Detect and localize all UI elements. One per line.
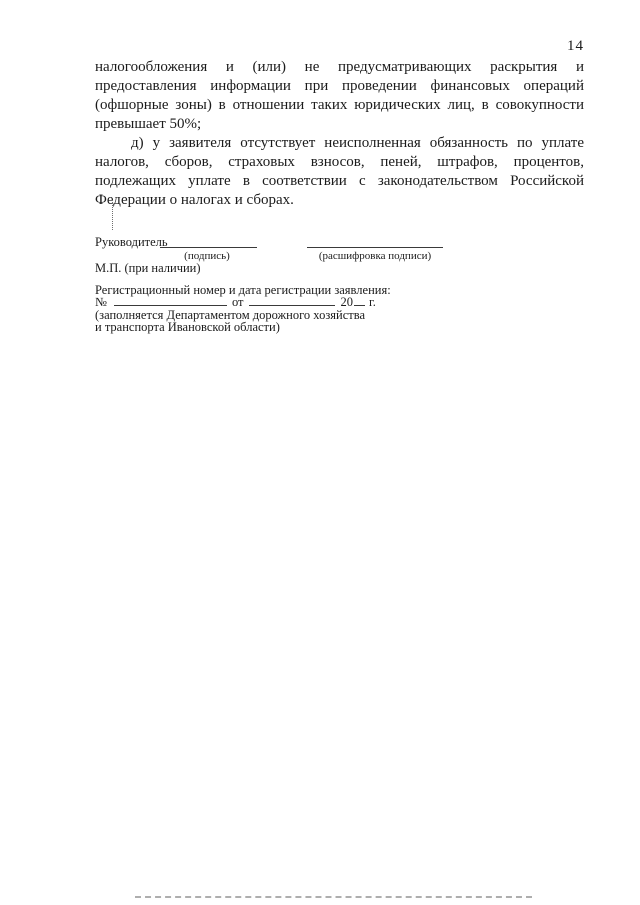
page-number: 14 bbox=[540, 38, 584, 55]
signature-transcript-blank-line bbox=[307, 247, 443, 248]
text-line: превышает 50%; bbox=[95, 115, 584, 134]
text-line: налогообложения и (или) не предусматрива… bbox=[95, 58, 584, 77]
paragraph-subitem-d: д) у заявителя отсутствует неисполненная… bbox=[95, 134, 584, 210]
scan-artifact-bottom-line bbox=[135, 896, 532, 898]
registration-date-blank-line bbox=[249, 294, 335, 306]
text-line: предоставления информации при проведении… bbox=[95, 77, 584, 96]
text-line: (офшорные зоны) в отношении таких юридич… bbox=[95, 96, 584, 115]
signature-leader-label: Руководитель bbox=[95, 235, 168, 250]
text-line: д) у заявителя отсутствует неисполненная… bbox=[95, 134, 584, 153]
text-line: Федерации о налогах и сборах. bbox=[95, 191, 584, 210]
body-text: налогообложения и (или) не предусматрива… bbox=[95, 58, 584, 210]
document-page: 14 налогообложения и (или) не предусматр… bbox=[0, 0, 640, 905]
signature-blank-line bbox=[160, 247, 257, 248]
registration-note-line-2: и транспорта Ивановской области) bbox=[95, 320, 280, 335]
registration-year-blank-line bbox=[354, 294, 365, 306]
registration-number-blank-line bbox=[114, 294, 227, 306]
signature-transcript-caption: (расшифровка подписи) bbox=[303, 250, 447, 262]
text-line: подлежащих уплате в соответствии с закон… bbox=[95, 172, 584, 191]
paragraph-offshore-continuation: налогообложения и (или) не предусматрива… bbox=[95, 58, 584, 134]
seal-note: М.П. (при наличии) bbox=[95, 261, 201, 276]
registration-year-suffix: г. bbox=[369, 295, 376, 310]
scan-artifact-dotted-line bbox=[112, 202, 113, 230]
text-line: налогов, сборов, страховых взносов, пене… bbox=[95, 153, 584, 172]
